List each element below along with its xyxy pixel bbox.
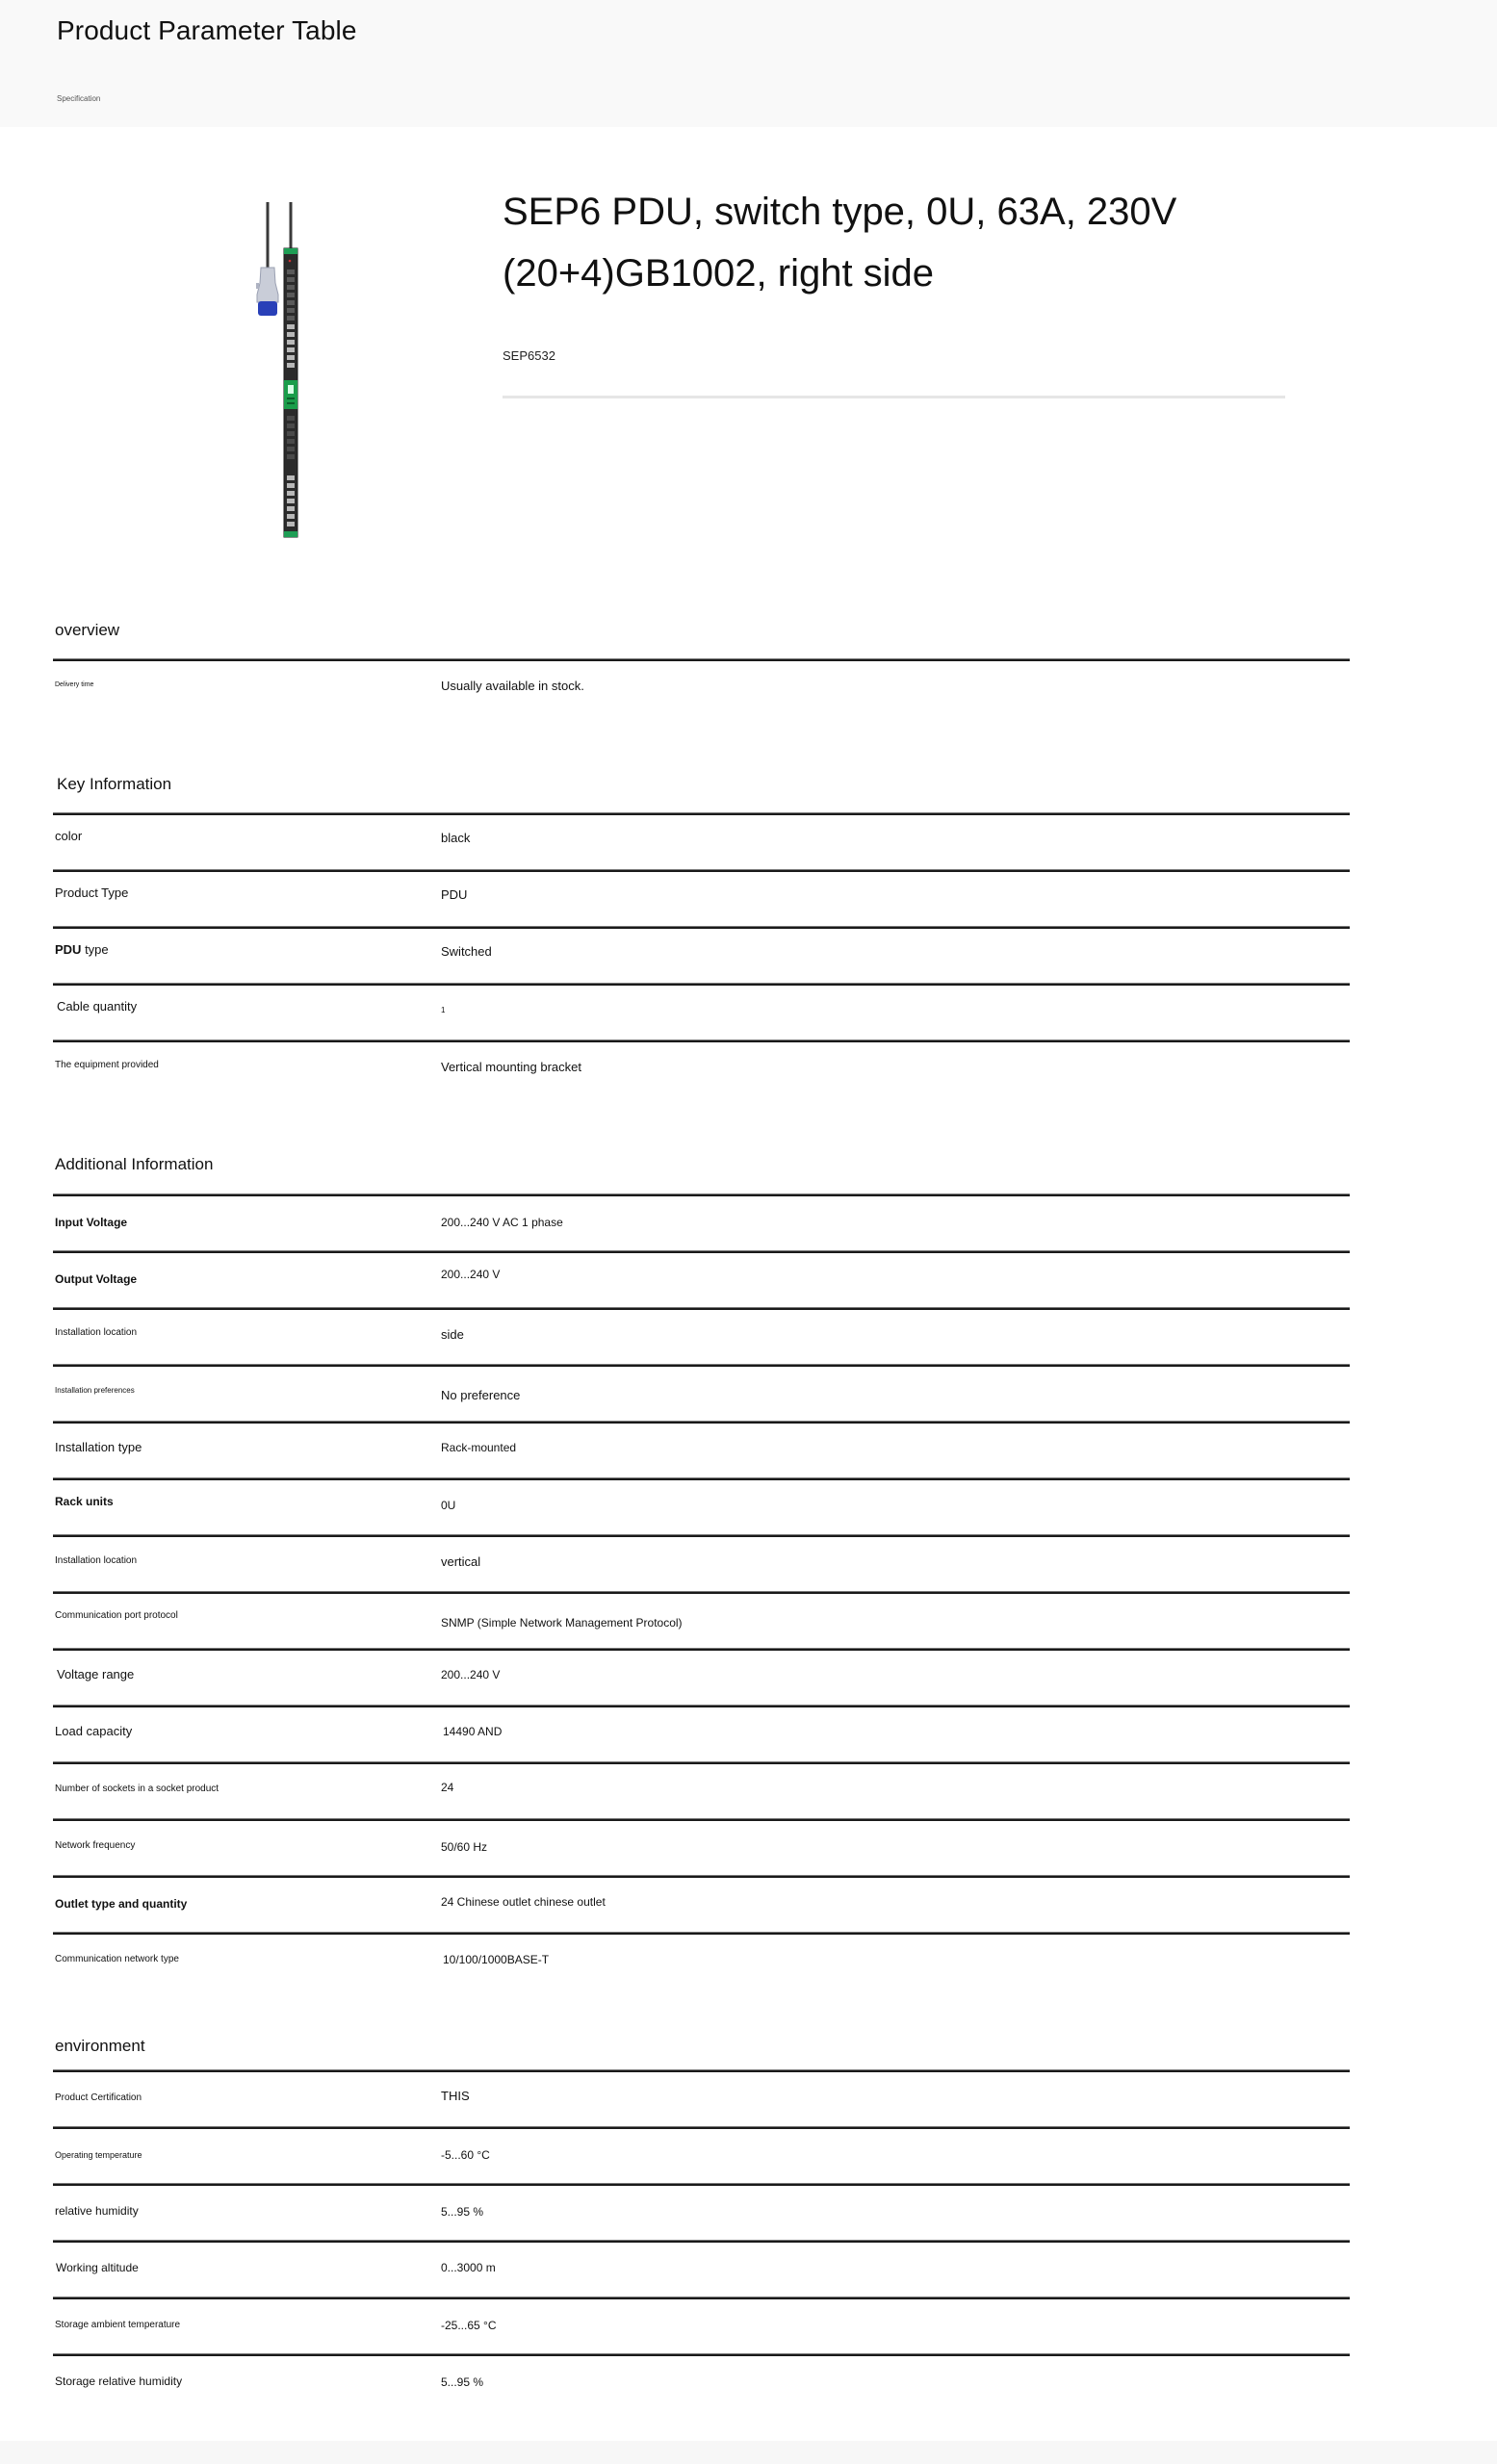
table-row: Network frequency 50/60 Hz	[53, 1821, 1350, 1875]
row-value: side	[441, 1327, 464, 1342]
row-value: 200...240 V	[441, 1268, 500, 1281]
table-row: Input Voltage 200...240 V AC 1 phase	[53, 1196, 1350, 1250]
section-heading: overview	[53, 621, 1350, 654]
row-value: 5...95 %	[441, 2375, 483, 2389]
table-row: Communication port protocol SNMP (Simple…	[53, 1594, 1350, 1648]
row-label: Network frequency	[55, 1840, 135, 1851]
product-sku: SEP6532	[503, 348, 555, 363]
row-label: Number of sockets in a socket product	[55, 1784, 219, 1794]
page-footer	[0, 2441, 1497, 2464]
row-value: -25...65 °C	[441, 2319, 497, 2332]
product-title-line-1: SEP6 PDU, switch type, 0U, 63A, 230V	[503, 181, 1321, 243]
row-value: Switched	[441, 944, 492, 959]
row-label: color	[55, 829, 82, 843]
section-additional-information: Additional Information Input Voltage 200…	[53, 1155, 1350, 1989]
row-label: Rack units	[55, 1495, 114, 1508]
row-value: 5...95 %	[441, 2205, 483, 2219]
table-row: Output Voltage 200...240 V	[53, 1253, 1350, 1307]
page-header: Product Parameter Table Specification	[0, 0, 1497, 127]
row-value: 24	[441, 1781, 453, 1794]
page-subtitle: Specification	[57, 94, 100, 103]
row-value: -5...60 °C	[441, 2148, 490, 2162]
row-value: SNMP (Simple Network Management Protocol…	[441, 1616, 683, 1630]
table-row: Rack units 0U	[53, 1480, 1350, 1534]
table-row: Cable quantity 1	[53, 986, 1350, 1039]
row-label: Working altitude	[56, 2261, 139, 2274]
row-label: Product Type	[55, 885, 128, 900]
row-label: Storage relative humidity	[55, 2374, 182, 2388]
row-value: 200...240 V AC 1 phase	[441, 1216, 563, 1229]
row-label: The equipment provided	[55, 1060, 159, 1070]
table-row: Delivery time Usually available in stock…	[53, 661, 1350, 715]
row-label: Input Voltage	[55, 1216, 127, 1229]
table-row: Storage ambient temperature -25...65 °C	[53, 2299, 1350, 2353]
row-value: 1	[441, 1006, 445, 1014]
row-value: 200...240 V	[441, 1668, 500, 1681]
row-label: Communication network type	[55, 1954, 179, 1964]
row-label-rest: type	[81, 942, 108, 957]
table-row: Installation location vertical	[53, 1537, 1350, 1591]
row-value: PDU	[441, 887, 467, 902]
page-title: Product Parameter Table	[57, 15, 357, 46]
table-row: PDU type Switched	[53, 929, 1350, 983]
row-value: 0U	[441, 1499, 455, 1512]
row-label: Load capacity	[55, 1724, 132, 1738]
row-label: Cable quantity	[57, 999, 137, 1014]
row-value: Vertical mounting bracket	[441, 1060, 581, 1074]
row-label: Voltage range	[57, 1667, 134, 1681]
table-row: Outlet type and quantity 24 Chinese outl…	[53, 1878, 1350, 1932]
row-value: 10/100/1000BASE-T	[443, 1953, 549, 1966]
table-row: Operating temperature -5...60 °C	[53, 2129, 1350, 2183]
row-label: Installation location	[55, 1555, 137, 1566]
section-heading: Additional Information	[53, 1155, 1350, 1188]
row-label: Installation location	[55, 1327, 137, 1338]
table-row: Load capacity 14490 AND	[53, 1707, 1350, 1761]
section-environment: environment Product Certification THIS O…	[53, 2037, 1350, 2410]
table-row: Product Type PDU	[53, 872, 1350, 926]
row-value: 24 Chinese outlet chinese outlet	[441, 1895, 606, 1909]
table-row: Storage relative humidity 5...95 %	[53, 2356, 1350, 2410]
row-label: Outlet type and quantity	[55, 1897, 187, 1911]
row-value: 50/60 Hz	[441, 1840, 487, 1854]
table-row: Installation location side	[53, 1310, 1350, 1364]
row-value: 0...3000 m	[441, 2261, 496, 2274]
table-row: Working altitude 0...3000 m	[53, 2243, 1350, 2297]
row-value: THIS	[441, 2089, 470, 2103]
row-label: Output Voltage	[55, 1272, 137, 1286]
product-title: SEP6 PDU, switch type, 0U, 63A, 230V (20…	[503, 181, 1321, 304]
section-heading: environment	[53, 2037, 1350, 2069]
row-label: Storage ambient temperature	[55, 2320, 180, 2330]
divider	[503, 396, 1285, 398]
section-overview: overview Delivery time Usually available…	[53, 621, 1350, 715]
row-label: relative humidity	[55, 2204, 139, 2218]
table-row: Communication network type 10/100/1000BA…	[53, 1935, 1350, 1989]
table-row: relative humidity 5...95 %	[53, 2186, 1350, 2240]
product-title-line-2: (20+4)GB1002, right side	[503, 243, 1321, 304]
row-label: PDU type	[55, 942, 109, 957]
product-image	[245, 202, 351, 558]
row-value: Usually available in stock.	[441, 679, 584, 693]
row-label: Installation type	[55, 1440, 142, 1454]
table-row: color black	[53, 815, 1350, 869]
table-row: Installation type Rack-mounted	[53, 1424, 1350, 1477]
row-label: Product Certification	[55, 2092, 142, 2103]
table-row: Product Certification THIS	[53, 2072, 1350, 2126]
pdu-illustration-icon	[245, 202, 351, 558]
table-row: Voltage range 200...240 V	[53, 1651, 1350, 1705]
row-value: 14490 AND	[443, 1725, 502, 1738]
section-key-information: Key Information color black Product Type…	[53, 775, 1350, 1096]
section-heading: Key Information	[53, 775, 1350, 808]
row-label: Operating temperature	[55, 2150, 142, 2160]
row-label-bold: PDU	[55, 942, 81, 957]
row-label: Installation preferences	[55, 1386, 135, 1395]
table-row: Installation preferences No preference	[53, 1367, 1350, 1421]
table-row: The equipment provided Vertical mounting…	[53, 1042, 1350, 1096]
row-label: Communication port protocol	[55, 1610, 178, 1621]
row-value: vertical	[441, 1554, 480, 1569]
row-label: Delivery time	[55, 681, 93, 688]
row-value: No preference	[441, 1388, 520, 1402]
row-value: Rack-mounted	[441, 1441, 516, 1454]
table-row: Number of sockets in a socket product 24	[53, 1764, 1350, 1818]
row-value: black	[441, 831, 470, 845]
